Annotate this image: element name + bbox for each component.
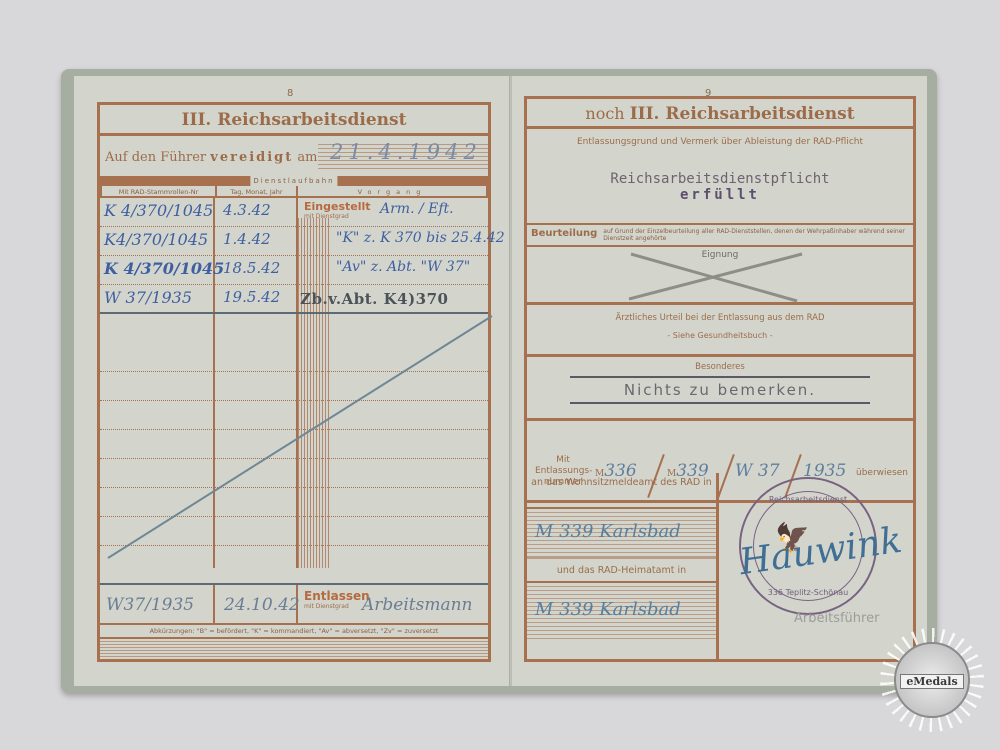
- discharge-reason: Entlassungsgrund und Vermerk über Ableis…: [527, 129, 913, 225]
- oath-label: Auf den Führer vereidigt am: [105, 150, 318, 165]
- column-header: Vorgang: [298, 186, 486, 196]
- typed-text: erfüllt: [527, 187, 913, 203]
- cancel-diagonal-line: [100, 198, 494, 568]
- service-record-frame: III. Reichsarbeitsdienst Auf den Führer …: [97, 102, 491, 662]
- right-page: 9 noch III. Reichsarbeitsdienst Entlassu…: [511, 76, 927, 686]
- oath-row: Auf den Führer vereidigt am 21.4.1942: [100, 136, 488, 176]
- handwritten-office: M 339 Karlsbad: [535, 521, 681, 542]
- remarks-section: Besonderes Nichts zu bemerken.: [527, 357, 913, 421]
- medical-section: Ärztliches Urteil bei der Entlassung aus…: [527, 305, 913, 357]
- discharge-frame: noch III. Reichsarbeitsdienst Entlassung…: [524, 96, 916, 662]
- transfer-section: an das Wohnsitzmeldeamt des RAD in M 339…: [527, 473, 913, 659]
- column-header: Mit RAD-Stammrollen-Nr: [102, 186, 215, 196]
- column-headers: Mit RAD-Stammrollen-Nr Tag, Monat, Jahr …: [100, 186, 488, 198]
- oath-date: 21.4.1942: [330, 140, 482, 164]
- page-number: 8: [287, 88, 293, 99]
- entlassen-label: Entlassenmit Dienstgrad: [304, 589, 370, 610]
- typed-text: Reichsarbeitsdienstpflicht: [527, 171, 913, 187]
- handwritten-office: M 339 Karlsbad: [535, 599, 681, 620]
- emedals-watermark: eMedals: [880, 628, 984, 732]
- section-title: noch III. Reichsarbeitsdienst: [527, 99, 913, 129]
- assessment-section: Beurteilung auf Grund der Einzelbeurteil…: [527, 225, 913, 305]
- career-header: Dienstlaufbahn: [100, 176, 488, 186]
- abbreviations-note: Abkürzungen: "B" = befördert, "K" = komm…: [100, 623, 488, 639]
- left-page: 8 III. Reichsarbeitsdienst Auf den Führe…: [74, 76, 510, 686]
- signatory-title: Arbeitsführer: [794, 611, 879, 626]
- discharge-row: W37/1935 24.10.42 Entlassenmit Dienstgra…: [100, 583, 488, 623]
- ruled-footer: [100, 639, 488, 659]
- column-divider: [213, 585, 215, 623]
- section-title: III. Reichsarbeitsdienst: [100, 105, 488, 136]
- remarks-stamp: Nichts zu bemerken.: [570, 376, 870, 404]
- column-header: Tag, Monat, Jahr: [217, 186, 296, 196]
- cross-out-mark: [627, 251, 817, 303]
- career-table: K 4/370/1045 4.3.42 Eingestelltmit Diens…: [100, 198, 488, 568]
